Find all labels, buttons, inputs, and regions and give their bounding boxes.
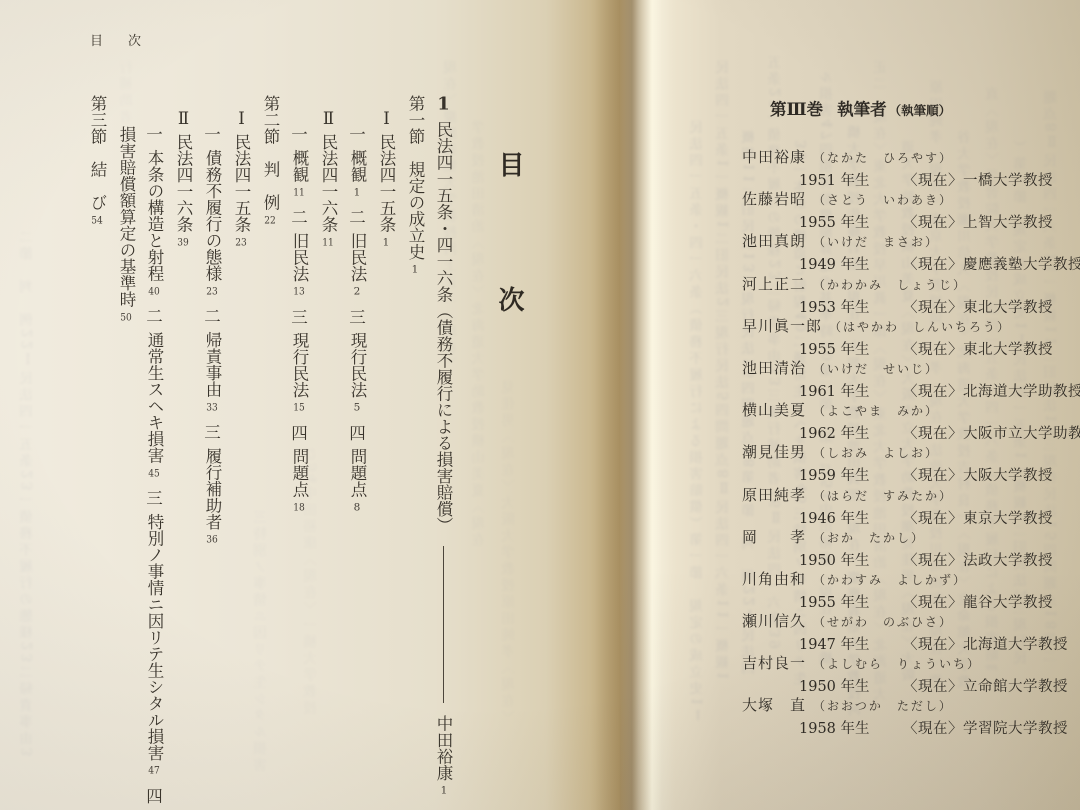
toc-entry: Ⅱ民法四一六条39 bbox=[169, 95, 197, 807]
author-reading: （せがわ のぶひさ） bbox=[813, 615, 953, 629]
toc-page-number: 8 bbox=[351, 502, 363, 513]
author-name: 中田裕康 bbox=[742, 148, 806, 166]
toc-item-number: 二 bbox=[203, 308, 222, 325]
author-current-position: 〈現在〉法政大学教授 bbox=[903, 553, 1053, 569]
toc-entry: Ⅰ民法四一五条1 bbox=[372, 95, 400, 807]
toc-item-text: 現行民法 bbox=[290, 332, 309, 398]
author-reading: （おか たかし） bbox=[813, 531, 925, 545]
author-name: 池田清治 bbox=[742, 359, 806, 377]
toc-item-text: 民法四一五条・四一六条（債務不履行による損害賠償） bbox=[430, 121, 457, 534]
volume-label: 第Ⅲ巻 bbox=[770, 100, 823, 119]
author-current-position: 〈現在〉北海道大学助教授 bbox=[903, 384, 1080, 400]
author-reading: （いけだ まさお） bbox=[813, 235, 939, 249]
author-row: 吉村良一（よしむら りょういち）1950 年生〈現在〉立命館大学教授 bbox=[742, 652, 1072, 694]
author-name: 早川眞一郎 bbox=[742, 317, 822, 335]
toc-item-text: 民法四一五条 bbox=[232, 134, 251, 233]
author-name: 吉村良一 bbox=[742, 654, 806, 672]
author-row: 岡 孝（おか たかし）1950 年生〈現在〉法政大学教授 bbox=[742, 526, 1072, 568]
author-current-position: 〈現在〉大阪大学教授 bbox=[903, 468, 1053, 484]
toc-leader-line bbox=[443, 546, 445, 703]
toc-entry: 第三節 結 び54 bbox=[83, 95, 111, 807]
author-reading: （はらだ すみたか） bbox=[813, 489, 953, 503]
author-name: 池田真朗 bbox=[742, 232, 806, 250]
table-of-contents: 目 次 1民法四一五条・四一六条（債務不履行による損害賠償）中田裕康1第一節 規… bbox=[50, 95, 528, 807]
toc-page-number: 1 bbox=[409, 264, 421, 275]
toc-page-number: 40 bbox=[148, 286, 160, 297]
toc-page-number: 23 bbox=[235, 237, 247, 248]
author-row: 原田純孝（はらだ すみたか）1946 年生〈現在〉東京大学教授 bbox=[742, 484, 1072, 526]
authors-title: 執筆者 bbox=[837, 100, 887, 119]
author-current-position: 〈現在〉東北大学教授 bbox=[903, 342, 1053, 358]
toc-page-number: 54 bbox=[91, 215, 103, 226]
toc-item-text: 第三節 結 び bbox=[88, 95, 107, 211]
toc-page-number: 15 bbox=[293, 402, 305, 413]
toc-author-name: 中田裕康 bbox=[430, 715, 457, 781]
toc-page-number: 22 bbox=[264, 215, 276, 226]
author-current-position: 〈現在〉立命館大学教授 bbox=[903, 679, 1068, 695]
toc-item-number: Ⅱ bbox=[319, 110, 338, 127]
author-current-position: 〈現在〉学習院大学教授 bbox=[903, 721, 1068, 737]
toc-item-text: 通常生スヘキ損害 bbox=[145, 332, 164, 464]
author-current-position: 〈現在〉龍谷大学教授 bbox=[903, 595, 1053, 611]
author-current-position: 〈現在〉上智大学教授 bbox=[903, 215, 1053, 231]
authors-list: 中田裕康（なかた ひろやす）1951 年生〈現在〉一橋大学教授佐藤岩昭（さとう … bbox=[742, 146, 1072, 737]
toc-item-number: 四 bbox=[145, 788, 164, 805]
toc-item-text: 旧民法 bbox=[348, 233, 367, 283]
toc-entry: 1民法四一五条・四一六条（債務不履行による損害賠償）中田裕康1 bbox=[430, 95, 457, 807]
author-name: 大塚 直 bbox=[742, 696, 806, 714]
toc-entry: Ⅱ民法四一六条11 bbox=[314, 95, 342, 807]
toc-page-number: 47 bbox=[148, 765, 160, 776]
toc-item-number: 一 bbox=[203, 126, 222, 143]
toc-item-number: 四 bbox=[348, 425, 367, 442]
toc-page-number: 50 bbox=[120, 312, 132, 323]
author-name: 岡 孝 bbox=[742, 528, 806, 546]
toc-item-text: 民法四一六条 bbox=[174, 134, 193, 233]
author-row: 早川眞一郎（はやかわ しんいちろう）1955 年生〈現在〉東北大学教授 bbox=[742, 315, 1072, 357]
toc-page-number: 2 bbox=[351, 286, 363, 297]
author-current-position: 〈現在〉慶應義塾大学教授 bbox=[903, 257, 1080, 273]
toc-page-number: 1 bbox=[430, 785, 457, 796]
author-row: 潮見佳男（しおみ よしお）1959 年生〈現在〉大阪大学教授 bbox=[742, 441, 1072, 483]
author-current-position: 〈現在〉東京大学教授 bbox=[903, 511, 1053, 527]
author-row: 横山美夏（よこやま みか）1962 年生〈現在〉大阪市立大学助教授 bbox=[742, 399, 1072, 441]
author-current-position: 〈現在〉大阪市立大学助教授 bbox=[903, 426, 1080, 442]
toc-item-text: 帰責事由 bbox=[203, 332, 222, 398]
toc-item-number: 三 bbox=[203, 424, 222, 441]
toc-page-number: 11 bbox=[293, 187, 305, 198]
author-reading: （しおみ よしお） bbox=[813, 446, 939, 460]
toc-item-number: 四 bbox=[290, 425, 309, 442]
toc-item-text: 民法四一五条 bbox=[377, 134, 396, 233]
author-reading: （さとう いわあき） bbox=[813, 193, 953, 207]
author-row: 佐藤岩昭（さとう いわあき）1955 年生〈現在〉上智大学教授 bbox=[742, 188, 1072, 230]
toc-item-number: 三 bbox=[290, 309, 309, 326]
author-current-position: 〈現在〉東北大学教授 bbox=[903, 300, 1053, 316]
author-row: 中田裕康（なかた ひろやす）1951 年生〈現在〉一橋大学教授 bbox=[742, 146, 1072, 188]
author-reading: （よしむら りょういち） bbox=[813, 657, 981, 671]
author-reading: （おおつか ただし） bbox=[813, 699, 953, 713]
running-head: 目 次 bbox=[90, 30, 147, 49]
toc-item-number: Ⅰ bbox=[232, 110, 251, 127]
author-current-position: 〈現在〉北海道大学教授 bbox=[903, 637, 1068, 653]
toc-page-number: 33 bbox=[206, 402, 218, 413]
authors-order-note: （執筆順） bbox=[889, 103, 952, 118]
author-row: 大塚 直（おおつか ただし）1958 年生〈現在〉学習院大学教授 bbox=[742, 694, 1072, 736]
toc-item-text: 第二節 判 例 bbox=[261, 95, 280, 211]
toc-item-number: 一 bbox=[145, 126, 164, 143]
toc-entry: 一債務不履行の態様23二帰責事由33三履行補助者36 bbox=[198, 95, 226, 807]
toc-item-text: 履行補助者 bbox=[203, 448, 222, 531]
toc-item-text: 問題点 bbox=[348, 448, 367, 498]
author-name: 瀬川信久 bbox=[742, 612, 806, 630]
author-name: 横山美夏 bbox=[742, 401, 806, 419]
toc-item-text: 旧民法 bbox=[290, 233, 309, 283]
author-row: 河上正二（かわかみ しょうじ）1953 年生〈現在〉東北大学教授 bbox=[742, 273, 1072, 315]
toc-item-text: 現行民法 bbox=[348, 332, 367, 398]
author-reading: （なかた ひろやす） bbox=[813, 151, 953, 165]
author-reading: （はやかわ しんいちろう） bbox=[829, 320, 1011, 334]
author-row: 川角由和（かわすみ よしかず）1955 年生〈現在〉龍谷大学教授 bbox=[742, 568, 1072, 610]
toc-page-number: 18 bbox=[293, 502, 305, 513]
toc-item-text: 債務不履行の態様 bbox=[203, 150, 222, 282]
toc-item-text: 民法四一六条 bbox=[319, 134, 338, 233]
left-page: 目 次 目 次 1民法四一五条・四一六条（債務不履行による損害賠償）中田裕康1第… bbox=[0, 0, 620, 810]
toc-entry: Ⅰ民法四一五条23 bbox=[227, 95, 255, 807]
toc-page-number: 13 bbox=[293, 286, 305, 297]
toc-item-text: 損害賠償額算定の基準時 bbox=[117, 126, 136, 308]
toc-item-text: 本条の構造と射程 bbox=[145, 150, 164, 282]
author-name: 原田純孝 bbox=[742, 486, 806, 504]
toc-entry: 第二節 判 例22 bbox=[256, 95, 284, 807]
author-birth-year: 1958 年生 bbox=[799, 719, 903, 740]
toc-chapter-number: 1 bbox=[430, 95, 457, 113]
author-reading: （よこやま みか） bbox=[813, 404, 939, 418]
toc-item-number: 二 bbox=[145, 308, 164, 325]
author-name: 河上正二 bbox=[742, 275, 806, 293]
author-row: 池田真朗（いけだ まさお）1949 年生〈現在〉慶應義塾大学教授 bbox=[742, 230, 1072, 272]
author-reading: （いけだ せいじ） bbox=[813, 362, 939, 376]
toc-item-text: 概観 bbox=[290, 150, 309, 183]
toc-item-number: 一 bbox=[348, 126, 367, 143]
toc-entry: 一概観1二旧民法2三現行民法5四問題点8 bbox=[343, 95, 371, 807]
author-reading: （かわかみ しょうじ） bbox=[813, 278, 967, 292]
toc-page-number: 1 bbox=[351, 187, 363, 198]
toc-item-number: Ⅱ bbox=[174, 110, 193, 127]
author-name: 佐藤岩昭 bbox=[742, 190, 806, 208]
toc-page-number: 39 bbox=[177, 237, 189, 248]
author-name: 川角由和 bbox=[742, 570, 806, 588]
author-name: 潮見佳男 bbox=[742, 443, 806, 461]
toc-item-number: 三 bbox=[348, 309, 367, 326]
toc-item-text: 概観 bbox=[348, 150, 367, 183]
toc-title: 目 次 bbox=[491, 95, 528, 807]
toc-entry: 一概観11二旧民法13三現行民法15四問題点18 bbox=[285, 95, 313, 807]
book-photo: { "left_page": { "running_head": "目 次", … bbox=[0, 0, 1080, 810]
toc-item-number: 二 bbox=[348, 209, 367, 226]
toc-item-text: 問題点 bbox=[290, 448, 309, 498]
toc-page-number: 1 bbox=[380, 237, 392, 248]
toc-item-number: Ⅰ bbox=[377, 110, 396, 127]
toc-page-number: 11 bbox=[322, 237, 334, 248]
toc-page-number: 23 bbox=[206, 286, 218, 297]
authors-header: 第Ⅲ巻執筆者（執筆順） bbox=[770, 96, 951, 120]
toc-page-number: 5 bbox=[351, 402, 363, 413]
author-reading: （かわすみ よしかず） bbox=[813, 573, 967, 587]
toc-item-number: 三 bbox=[145, 490, 164, 507]
toc-item-text: 特別ノ事情ニ因リテ生シタル損害 bbox=[145, 514, 164, 762]
toc-entry: 第一節 規定の成立史1 bbox=[401, 95, 429, 807]
right-page: 第Ⅲ巻執筆者（執筆順） 中田裕康（なかた ひろやす）1951 年生〈現在〉一橋大… bbox=[620, 0, 1080, 810]
author-current-position: 〈現在〉一橋大学教授 bbox=[903, 173, 1053, 189]
toc-page-number: 45 bbox=[148, 468, 160, 479]
toc-item-text: 第一節 規定の成立史 bbox=[406, 95, 425, 260]
toc-item-number: 二 bbox=[290, 209, 309, 226]
toc-page-number: 36 bbox=[206, 534, 218, 545]
toc-item-number: 一 bbox=[290, 126, 309, 143]
author-row: 瀬川信久（せがわ のぶひさ）1947 年生〈現在〉北海道大学教授 bbox=[742, 610, 1072, 652]
toc-entry: 一本条の構造と射程40二通常生スヘキ損害45三特別ノ事情ニ因リテ生シタル損害47… bbox=[112, 95, 168, 807]
author-row: 池田清治（いけだ せいじ）1961 年生〈現在〉北海道大学助教授 bbox=[742, 357, 1072, 399]
